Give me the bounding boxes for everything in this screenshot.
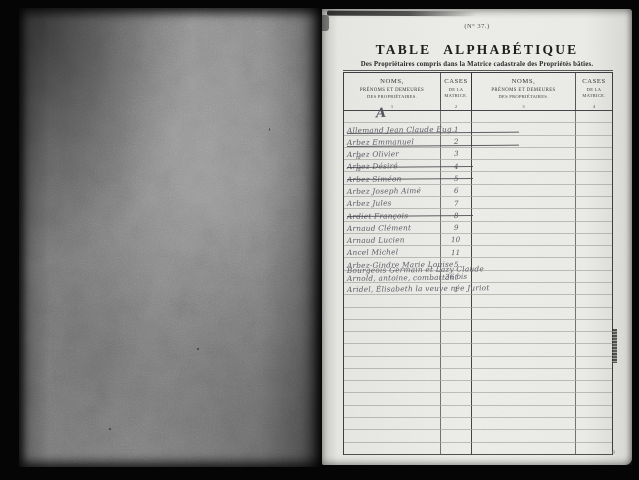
table-cell [344, 332, 441, 344]
register-page: (N° 37.) TABLE ALPHABÉTIQUE Des Propriét… [322, 9, 632, 465]
table-cell [472, 197, 576, 209]
table-cell [344, 418, 441, 430]
entry-case: 9 [454, 224, 459, 233]
table-cell [576, 148, 612, 160]
header-line: MATRICE. [582, 93, 605, 100]
table-row [344, 320, 612, 332]
entry-case: 8 [454, 212, 459, 221]
table-row [344, 430, 612, 442]
table-cell: A [344, 111, 441, 123]
table-cell [472, 344, 576, 356]
entry-case: 10 [451, 236, 460, 245]
table-cell [576, 344, 612, 356]
table-cell: 6 [441, 185, 472, 197]
table-cell [472, 357, 576, 369]
header-line: DE LA [587, 87, 602, 94]
table-body: AAllemand Jean Claude Eug.1Arbez Emmanue… [344, 111, 612, 455]
table-cell [576, 430, 612, 442]
table-cell [472, 393, 576, 405]
table-row: Arnaud Clément9 [344, 222, 612, 234]
table-cell: 11 [441, 246, 472, 258]
table-cell: 7 [441, 197, 472, 209]
table-cell [576, 393, 612, 405]
entry-case: 36 bis [445, 273, 467, 282]
table-row [344, 295, 612, 307]
edge-stamp [612, 329, 617, 363]
alphabetical-table: NOMS, PRÉNOMS ET DEMEURES DES PROPRIÉTAI… [343, 72, 613, 455]
table-cell [441, 443, 472, 455]
entry-name: Arbez Jules [347, 199, 392, 209]
header-line: NOMS, [512, 77, 536, 87]
left-blank-page [19, 8, 322, 467]
entry-case: 3 [454, 150, 459, 159]
idem-mark: id [356, 155, 361, 161]
entry-case: 7 [454, 200, 459, 209]
column-index: 1 [344, 104, 440, 109]
header-line: DES PROPRIÉTAIRES. [367, 94, 417, 101]
table-cell [472, 295, 576, 307]
table-cell [576, 418, 612, 430]
entry-name: Arbez Olivier [347, 149, 399, 159]
table-row [344, 344, 612, 356]
form-number: (N° 37.) [322, 23, 632, 30]
header-line: CASES [444, 77, 468, 87]
table-row: Ardiet François8 [344, 209, 612, 221]
header-cell-noms-1: NOMS, PRÉNOMS ET DEMEURES DES PROPRIÉTAI… [344, 73, 441, 110]
table-cell: Arbez Joseph Aimé [344, 185, 441, 197]
table-cell [576, 246, 612, 258]
table-row [344, 443, 612, 455]
header-line: MATRICE. [444, 93, 467, 100]
table-cell [344, 443, 441, 455]
table-cell: Arbez Jules [344, 197, 441, 209]
table-cell [576, 185, 612, 197]
table-cell [441, 295, 472, 307]
header-line: PRÉNOMS ET DEMEURES [360, 87, 424, 94]
table-cell: Aridel, Élisabeth la veuve née Juriot [344, 283, 441, 295]
page-top-shadow [327, 11, 477, 17]
table-cell: Arnaud Clément [344, 222, 441, 234]
table-cell [441, 393, 472, 405]
table-row [344, 308, 612, 320]
table-cell [472, 209, 576, 221]
header-cell-noms-2: NOMS, PRÉNOMS ET DEMEURES DES PROPRIÉTAI… [472, 73, 576, 110]
table-cell [472, 111, 576, 123]
table-cell [472, 246, 576, 258]
microfilm-photo: (N° 37.) TABLE ALPHABÉTIQUE Des Propriét… [0, 0, 639, 480]
table-cell [441, 369, 472, 381]
table-cell [472, 308, 576, 320]
corner-page-number: 4 [612, 450, 615, 456]
table-cell [472, 123, 576, 135]
entry-name: Ancel Michel [347, 248, 398, 258]
table-cell: 9 [441, 222, 472, 234]
table-cell [576, 222, 612, 234]
table-row: idArbez Siméon5 [344, 172, 612, 184]
table-row: Bourgeois Germain et Lazy ClaudeArnold, … [344, 271, 612, 283]
table-cell [441, 344, 472, 356]
table-cell [576, 197, 612, 209]
table-cell [576, 308, 612, 320]
paper-grain [19, 8, 322, 467]
table-cell [344, 308, 441, 320]
table-row: Allemand Jean Claude Eug.1 [344, 123, 612, 135]
header-cell-cases-2: CASES DE LA MATRICE. 4 [576, 73, 612, 110]
table-cell [576, 160, 612, 172]
table-cell [576, 320, 612, 332]
column-index: 2 [441, 104, 471, 109]
table-cell: Bourgeois Germain et Lazy ClaudeArnold, … [344, 271, 441, 283]
paper-speck [109, 428, 111, 430]
table-cell [576, 209, 612, 221]
table-cell [472, 148, 576, 160]
table-cell [441, 308, 472, 320]
table-cell: Ancel Michel [344, 246, 441, 258]
table-cell [576, 369, 612, 381]
table-cell [472, 320, 576, 332]
entry-case: 1 [454, 286, 459, 295]
table-cell [344, 357, 441, 369]
table-row: Arbez Olivier3 [344, 148, 612, 160]
table-row: Arbez Jules7 [344, 197, 612, 209]
table-cell [441, 381, 472, 393]
table-cell [576, 295, 612, 307]
table-cell [472, 418, 576, 430]
table-row [344, 418, 612, 430]
table-cell [472, 443, 576, 455]
table-cell [472, 332, 576, 344]
table-cell [472, 136, 576, 148]
table-cell [576, 332, 612, 344]
table-cell [344, 381, 441, 393]
table-cell [472, 406, 576, 418]
table-cell [576, 234, 612, 246]
table-cell [344, 393, 441, 405]
header-cell-cases-1: CASES DE LA MATRICE. 2 [441, 73, 472, 110]
table-row: idArbez Désiré4 [344, 160, 612, 172]
entry-name: Arbez Joseph Aimé [347, 186, 421, 196]
table-row [344, 381, 612, 393]
table-cell [344, 430, 441, 442]
column-index: 4 [576, 104, 612, 109]
table-cell [576, 123, 612, 135]
table-cell [441, 430, 472, 442]
table-cell [441, 418, 472, 430]
table-row: A [344, 111, 612, 123]
table-row [344, 369, 612, 381]
header-line: DE LA [449, 87, 464, 94]
table-cell [576, 258, 612, 270]
table-cell [576, 283, 612, 295]
table-cell [441, 320, 472, 332]
entry-case: 11 [451, 249, 460, 258]
table-cell [576, 357, 612, 369]
table-cell [344, 406, 441, 418]
table-cell [576, 381, 612, 393]
table-cell [441, 357, 472, 369]
table-cell [472, 271, 576, 283]
table-cell [472, 430, 576, 442]
entry-name: Arnaud Lucien [347, 235, 405, 245]
table-cell [344, 320, 441, 332]
paper-speck [269, 128, 270, 131]
table-row [344, 332, 612, 344]
table-cell [472, 234, 576, 246]
table-cell: 10 [441, 234, 472, 246]
paper-speck [197, 348, 199, 350]
entry-case: 6 [454, 187, 459, 196]
table-row [344, 357, 612, 369]
table-cell [441, 332, 472, 344]
table-row [344, 406, 612, 418]
table-cell [472, 160, 576, 172]
table-cell [472, 222, 576, 234]
entry-case: 1 [454, 126, 459, 135]
table-cell [472, 258, 576, 270]
table-row: Arnaud Lucien10 [344, 234, 612, 246]
table-cell [472, 172, 576, 184]
table-cell: Arnaud Lucien [344, 234, 441, 246]
table-cell [576, 271, 612, 283]
header-line: DES PROPRIÉTAIRES. [498, 94, 548, 101]
table-cell [441, 111, 472, 123]
table-row: Ancel Michel11 [344, 246, 612, 258]
table-row: Arbez Emmanuel2 [344, 136, 612, 148]
table-cell [472, 185, 576, 197]
table-row: Arbez Joseph Aimé6 [344, 185, 612, 197]
column-index: 3 [472, 104, 575, 109]
table-cell [344, 369, 441, 381]
table-cell [576, 136, 612, 148]
idem-mark: id [356, 167, 361, 173]
table-cell [472, 369, 576, 381]
header-line: NOMS, [380, 77, 404, 87]
header-line: CASES [582, 77, 606, 87]
table-cell [441, 406, 472, 418]
entry-case: 5 [454, 175, 459, 184]
page-title: TABLE ALPHABÉTIQUE [322, 42, 632, 58]
table-cell: 3 [441, 148, 472, 160]
section-letter: A [375, 106, 386, 122]
table-row [344, 393, 612, 405]
table-cell [472, 381, 576, 393]
table-cell [344, 344, 441, 356]
table-row: Aridel, Élisabeth la veuve née Juriot1 [344, 283, 612, 295]
table-cell [576, 111, 612, 123]
entry-name: Arnaud Clément [347, 223, 411, 233]
table-cell [576, 406, 612, 418]
header-line: PRÉNOMS ET DEMEURES [491, 87, 555, 94]
table-cell [576, 172, 612, 184]
table-cell [344, 295, 441, 307]
table-cell [576, 443, 612, 455]
page-subtitle: Des Propriétaires compris dans la Matric… [322, 61, 632, 68]
